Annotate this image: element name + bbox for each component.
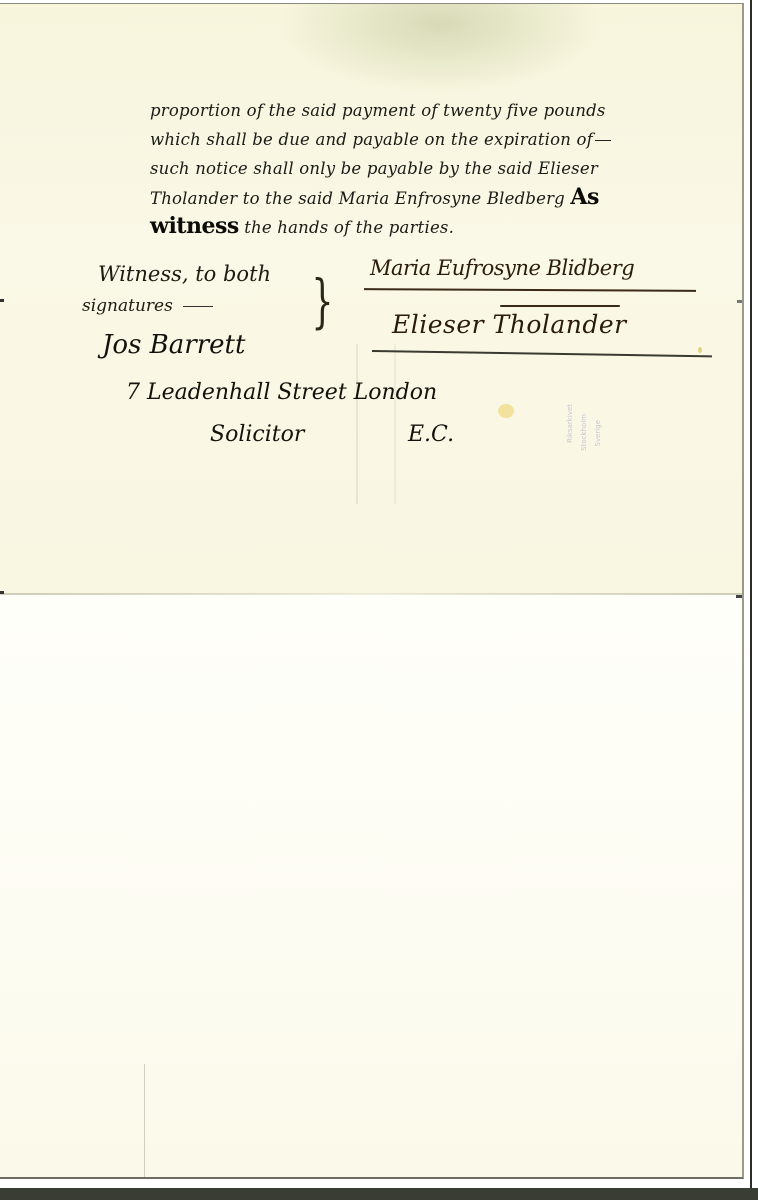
body-line-2: which shall be due and payable on the ex… [150, 125, 710, 154]
paper-lower-panel [0, 594, 742, 1179]
paper-stain [498, 404, 514, 418]
paper-stain [698, 347, 702, 353]
signature-party-2: Elieser Tholander [392, 310, 692, 339]
stamp-line: Riksarkivet [566, 404, 574, 443]
scan-edge-bottom [0, 1188, 758, 1200]
body-line-4: Tholander to the said Maria Enfrosyne Bl… [150, 183, 710, 212]
as-word: As [570, 184, 598, 210]
paper-sheet: Riksarkivet Stockholm Sverige proportion… [0, 3, 744, 1179]
vertical-crease [144, 1064, 145, 1179]
line-filler-dash [595, 140, 611, 141]
signature-flourish [500, 305, 620, 307]
closing-line: the hands of the parties. [244, 218, 454, 237]
line-filler-dash [183, 306, 213, 307]
stamp-line: Stockholm [580, 414, 588, 451]
fold-mark [0, 591, 4, 594]
witness-subtitle: signatures [82, 296, 213, 316]
witness-signature: Jos Barrett [102, 330, 245, 360]
body-line-1: proportion of the said payment of twenty… [150, 96, 710, 125]
scanned-document: Riksarkivet Stockholm Sverige proportion… [0, 0, 758, 1200]
witness-word: witness [150, 213, 239, 239]
body-line-3: such notice shall only be payable by the… [150, 154, 710, 183]
witness-postcode: E.C. [408, 422, 454, 447]
witness-address: 7 Leadenhall Street London [126, 380, 437, 405]
fold-mark [737, 300, 742, 303]
archive-stamp: Riksarkivet Stockholm Sverige [562, 404, 608, 494]
witness-role: Solicitor [210, 422, 304, 447]
fold-crease [0, 593, 742, 595]
signature-party-1: Maria Eufrosyne Blidberg [370, 256, 700, 280]
witness-title: Witness, to both [98, 262, 271, 286]
agreement-body: proportion of the said payment of twenty… [150, 96, 710, 241]
ink-bleed-through [356, 344, 396, 504]
scan-edge-right [750, 0, 758, 1190]
brace-icon: } [311, 272, 333, 330]
fold-mark [736, 595, 742, 598]
fold-mark [0, 299, 4, 302]
body-line-5: witness the hands of the parties. [150, 212, 710, 241]
stamp-line: Sverige [594, 420, 602, 446]
